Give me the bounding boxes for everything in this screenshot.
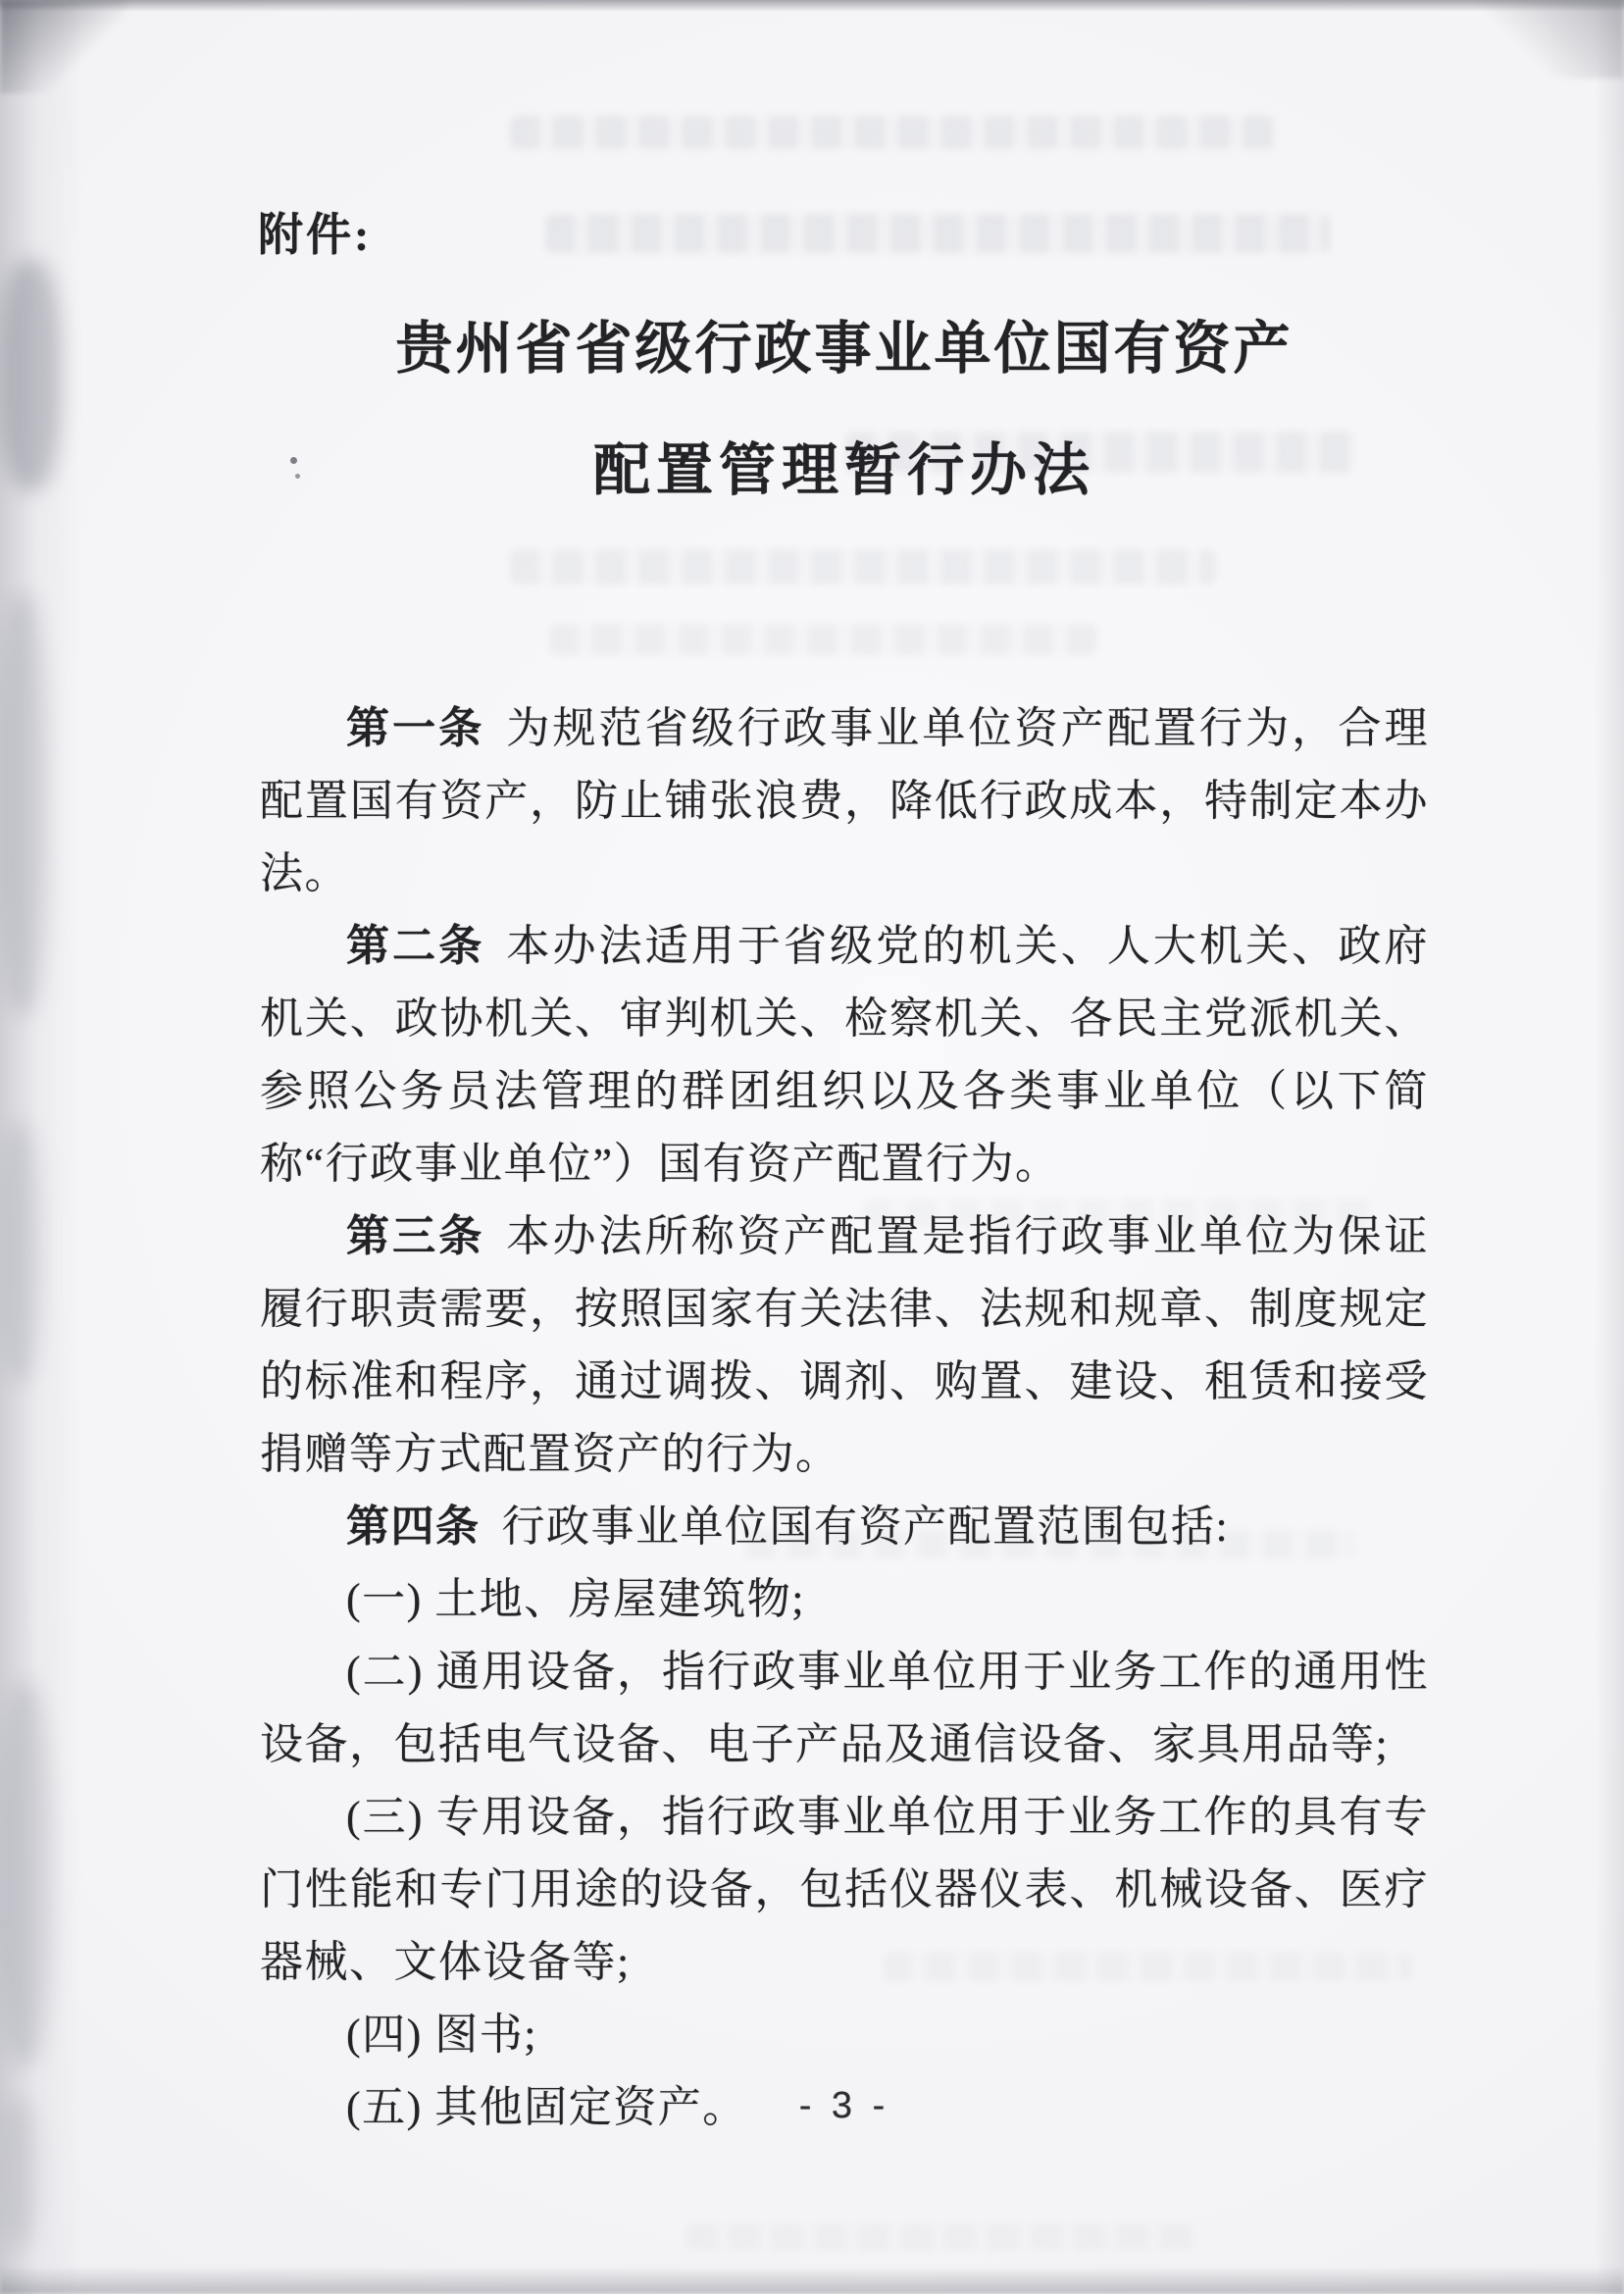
bleed-through-artifact <box>545 214 1330 253</box>
bleed-through-artifact <box>549 624 1098 655</box>
list-item-4: (四) 图书; <box>260 1999 1429 2071</box>
scan-artifact-left-edge <box>0 0 83 2294</box>
paragraph-article-3: 第三条本办法所称资产配置是指行政事业单位为保证履行职责需要，按照国家有关法律、法… <box>260 1200 1429 1491</box>
scan-artifact-top-left-corner <box>0 0 127 93</box>
list-item-2: (二) 通用设备，指行政事业单位用于业务工作的通用性设备，包括电气设备、电子产品… <box>260 1636 1429 1781</box>
document-title-line2: 配置管理暂行办法 <box>260 424 1429 506</box>
bleed-through-artifact <box>510 116 1275 149</box>
scanned-page: 附件: 贵州省省级行政事业单位国有资产 配置管理暂行办法 第一条为规范省级行政事… <box>0 0 1624 2294</box>
paragraph-article-4: 第四条行政事业单位国有资产配置范围包括: <box>260 1491 1429 1563</box>
scan-artifact-top-right-corner <box>1457 0 1624 78</box>
paragraph-article-2: 第二条本办法适用于省级党的机关、人大机关、政府机关、政协机关、审判机关、检察机关… <box>260 910 1429 1200</box>
bleed-through-artifact <box>686 2224 1196 2250</box>
paragraph-text: 行政事业单位国有资产配置范围包括: <box>502 1503 1230 1551</box>
bleed-through-artifact <box>510 549 1216 585</box>
article-label: 第三条 <box>346 1212 484 1260</box>
scan-artifact-right-edge <box>1595 0 1624 2294</box>
page-number: - 3 - <box>260 2085 1429 2127</box>
scan-artifact-left-shadow <box>0 593 47 1015</box>
article-label: 第一条 <box>346 704 484 752</box>
article-label: 第四条 <box>346 1503 481 1551</box>
scan-artifact-top-edge <box>0 0 1624 12</box>
scan-artifact-bottom-edge <box>0 2267 1624 2294</box>
list-item-1: (一) 土地、房屋建筑物; <box>260 1563 1429 1636</box>
scan-artifact-left-shadow <box>0 2099 39 2246</box>
scan-artifact-left-shadow <box>0 1123 41 1383</box>
document-body: 第一条为规范省级行政事业单位资产配置行为，合理配置国有资产，防止铺张浪费，降低行… <box>260 692 1429 2144</box>
document-title-line1: 贵州省省级行政事业单位国有资产 <box>260 302 1429 384</box>
list-item-3: (三) 专用设备，指行政事业单位用于业务工作的具有专门性能和专门用途的设备，包括… <box>260 1781 1429 1999</box>
scan-artifact-left-shadow <box>0 1682 51 2065</box>
scan-artifact-left-shadow <box>0 260 61 490</box>
attachment-label: 附件: <box>258 199 372 264</box>
paragraph-text: (四) 图书; <box>346 2011 537 2059</box>
article-label: 第二条 <box>346 922 484 970</box>
paragraph-text: (二) 通用设备，指行政事业单位用于业务工作的通用性设备，包括电气设备、电子产品… <box>260 1648 1429 1768</box>
paragraph-text: (三) 专用设备，指行政事业单位用于业务工作的具有专门性能和专门用途的设备，包括… <box>260 1793 1429 1986</box>
paragraph-article-1: 第一条为规范省级行政事业单位资产配置行为，合理配置国有资产，防止铺张浪费，降低行… <box>260 692 1429 910</box>
paragraph-text: (一) 土地、房屋建筑物; <box>346 1575 805 1623</box>
